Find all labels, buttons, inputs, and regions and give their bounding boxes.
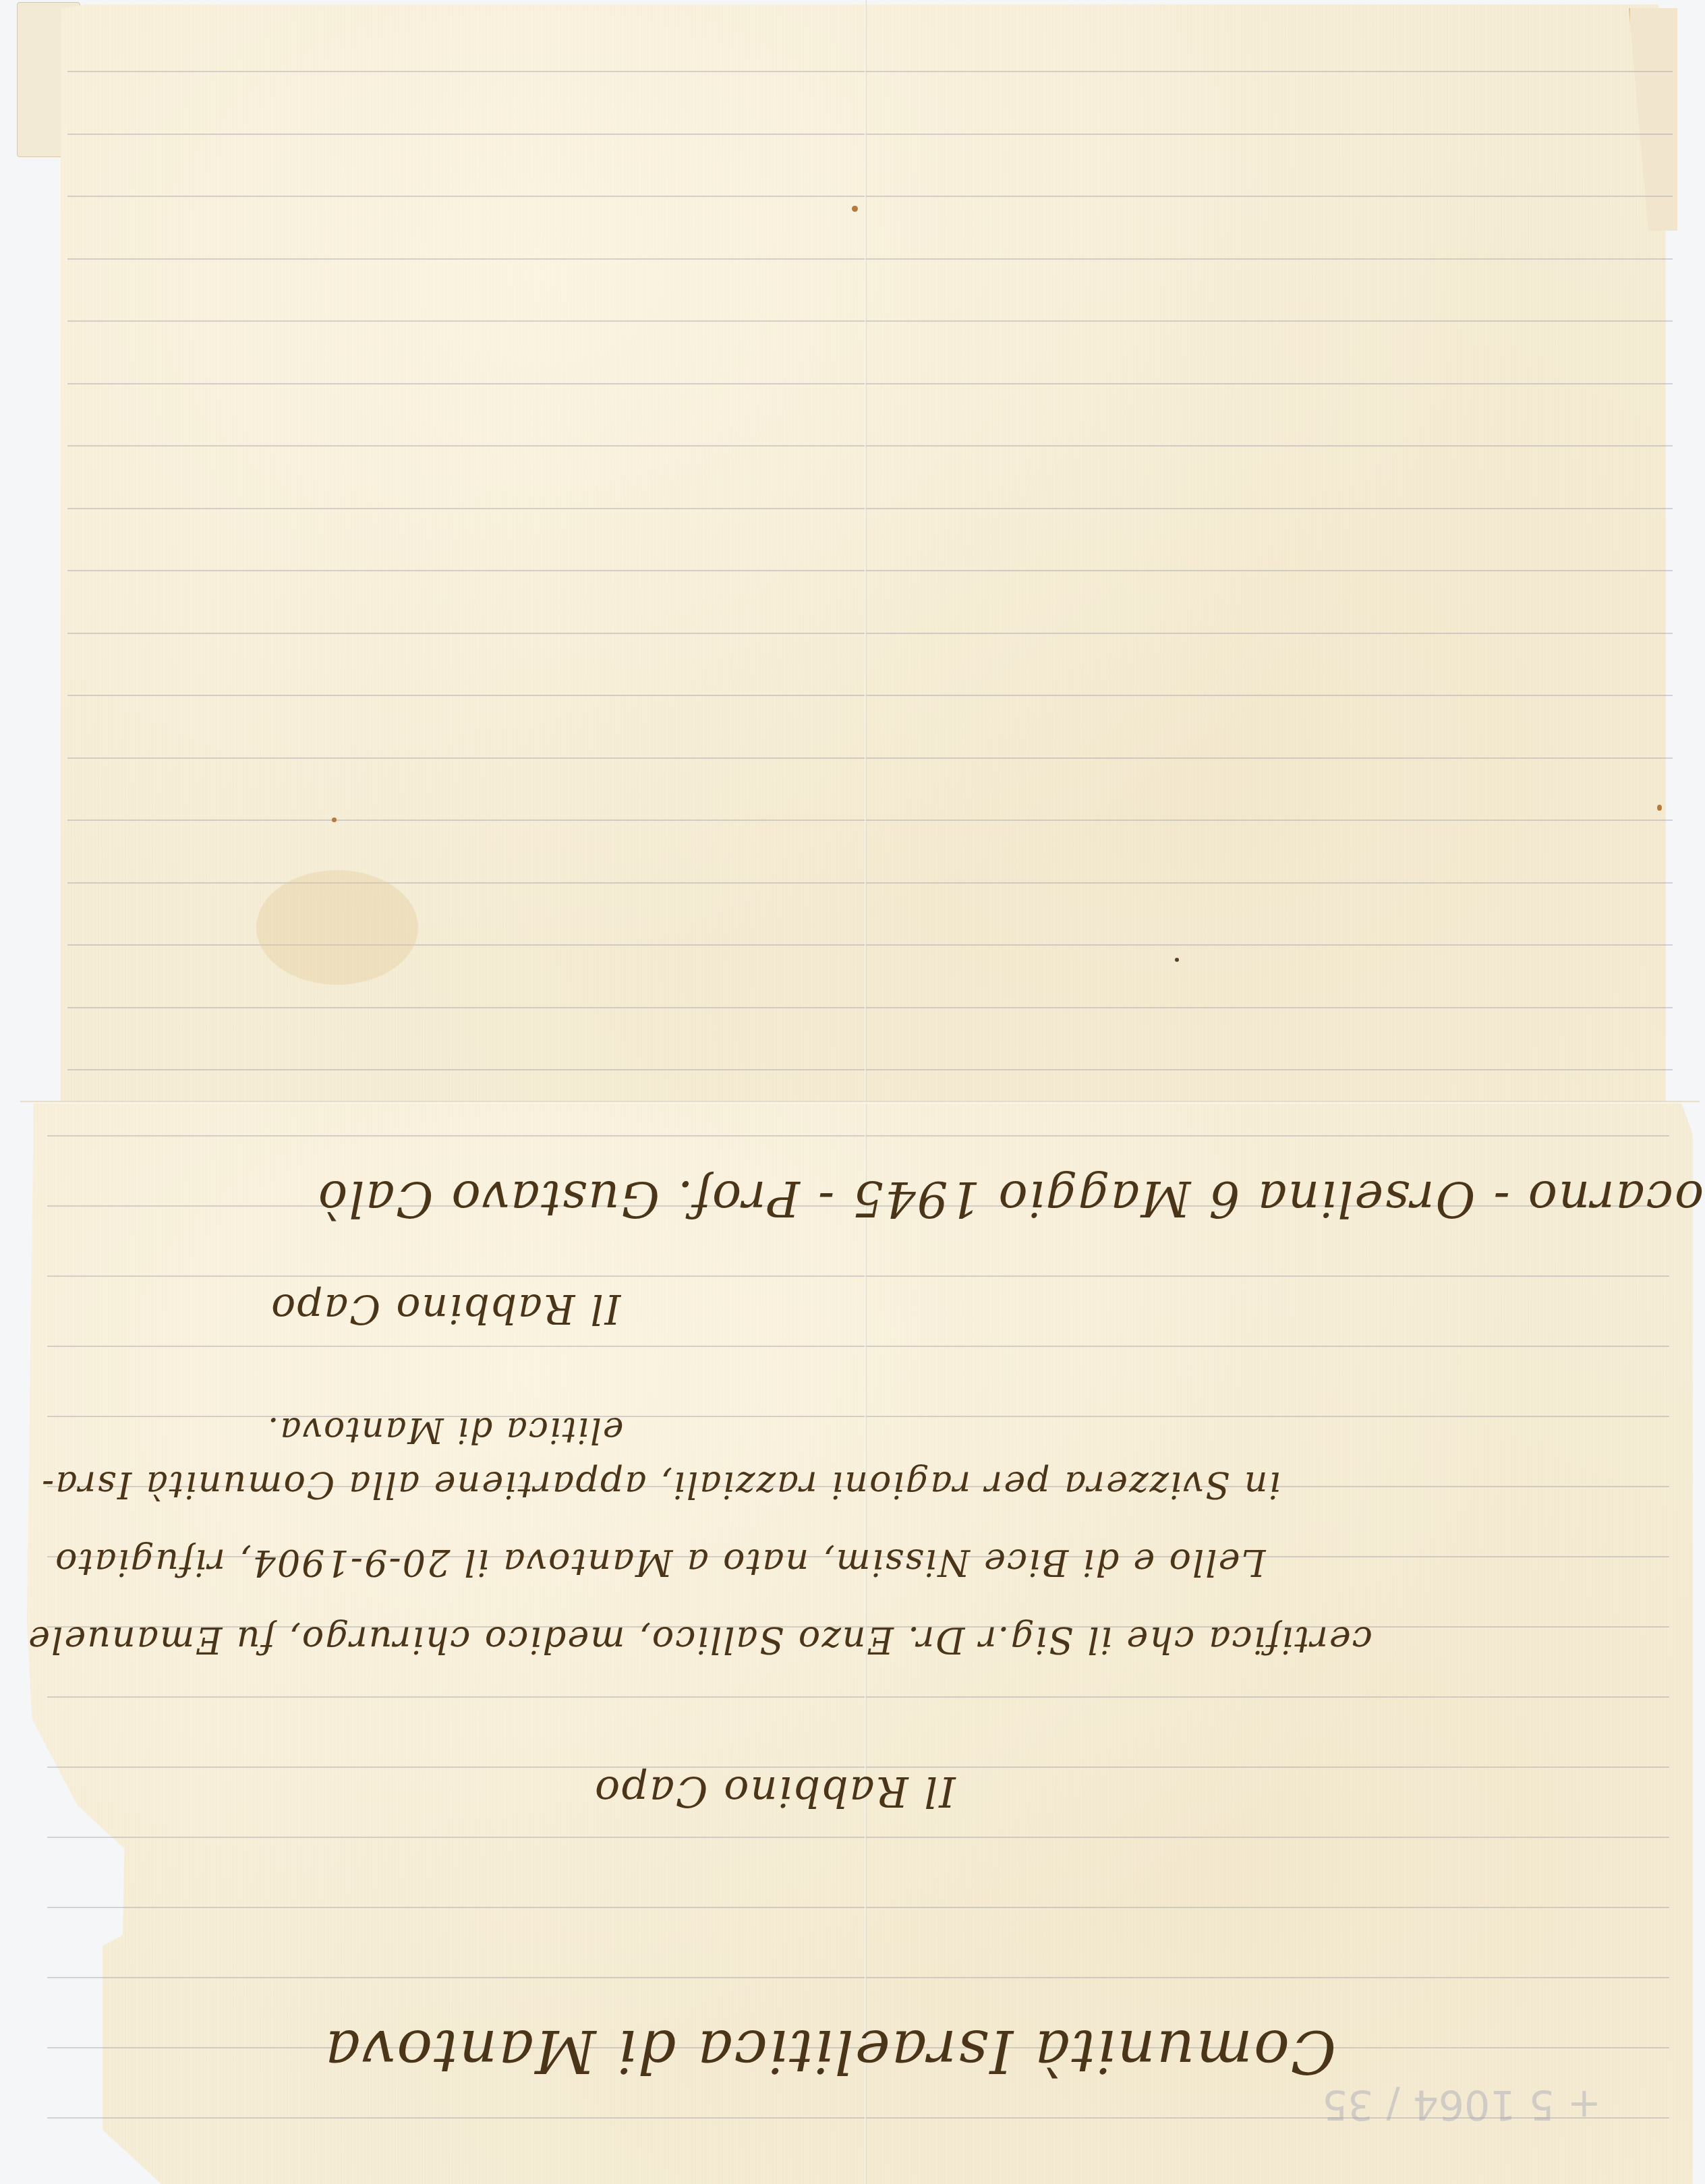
rule-line <box>67 320 1673 322</box>
rule-line <box>67 633 1673 634</box>
rule-line <box>47 1977 1669 1978</box>
body-line-1: certifica che il Sig.r Dr. Enzo Sallico,… <box>27 1619 1372 1661</box>
rule-line <box>67 1069 1673 1070</box>
body-line-3: in Svizzera per ragioni razziali, appart… <box>40 1464 1281 1506</box>
rule-line <box>67 383 1673 384</box>
rule-line <box>47 1135 1669 1137</box>
rule-line <box>67 258 1673 260</box>
body-line-4: elitica di Mantova. <box>266 1410 624 1450</box>
vertical-fold-crease <box>865 0 867 2184</box>
rule-line <box>47 1696 1669 1698</box>
foxing-spot <box>332 817 337 822</box>
pencil-archive-note: + 5 1064 / 35 <box>1322 2081 1601 2128</box>
header-community-name: Comunità Israelitica di Mantova <box>324 2017 1336 2086</box>
horizontal-fold-crease <box>20 1101 1700 1103</box>
body-line-2: Lello e di Bice Nissim, nato a Mantova i… <box>54 1541 1265 1584</box>
rule-line <box>67 71 1673 72</box>
place-date-signature-line: Locarno - Orselina 6 Maggio 1945 - Prof.… <box>317 1170 1705 1227</box>
closing-title: Il Rabbino Capo <box>270 1285 620 1332</box>
foxing-spot <box>1657 805 1662 811</box>
rule-line <box>67 695 1673 696</box>
rule-line <box>67 1007 1673 1008</box>
rule-line <box>47 1346 1669 1347</box>
rule-line <box>67 757 1673 759</box>
foxing-spot <box>852 206 858 212</box>
rule-line <box>47 1907 1669 1908</box>
rule-line <box>67 445 1673 447</box>
rule-line <box>67 508 1673 509</box>
rule-line <box>67 570 1673 571</box>
rule-line <box>67 820 1673 821</box>
ink-speck <box>1175 958 1179 962</box>
rule-line <box>47 1275 1669 1277</box>
rule-line <box>47 1837 1669 1838</box>
water-stain <box>256 870 418 985</box>
salutation: Il Rabbino Capo <box>594 1767 956 1816</box>
letter-sheet: Locarno - Orselina 6 Maggio 1945 - Prof.… <box>0 0 1705 2184</box>
rule-line <box>67 196 1673 197</box>
rule-line <box>67 134 1673 135</box>
